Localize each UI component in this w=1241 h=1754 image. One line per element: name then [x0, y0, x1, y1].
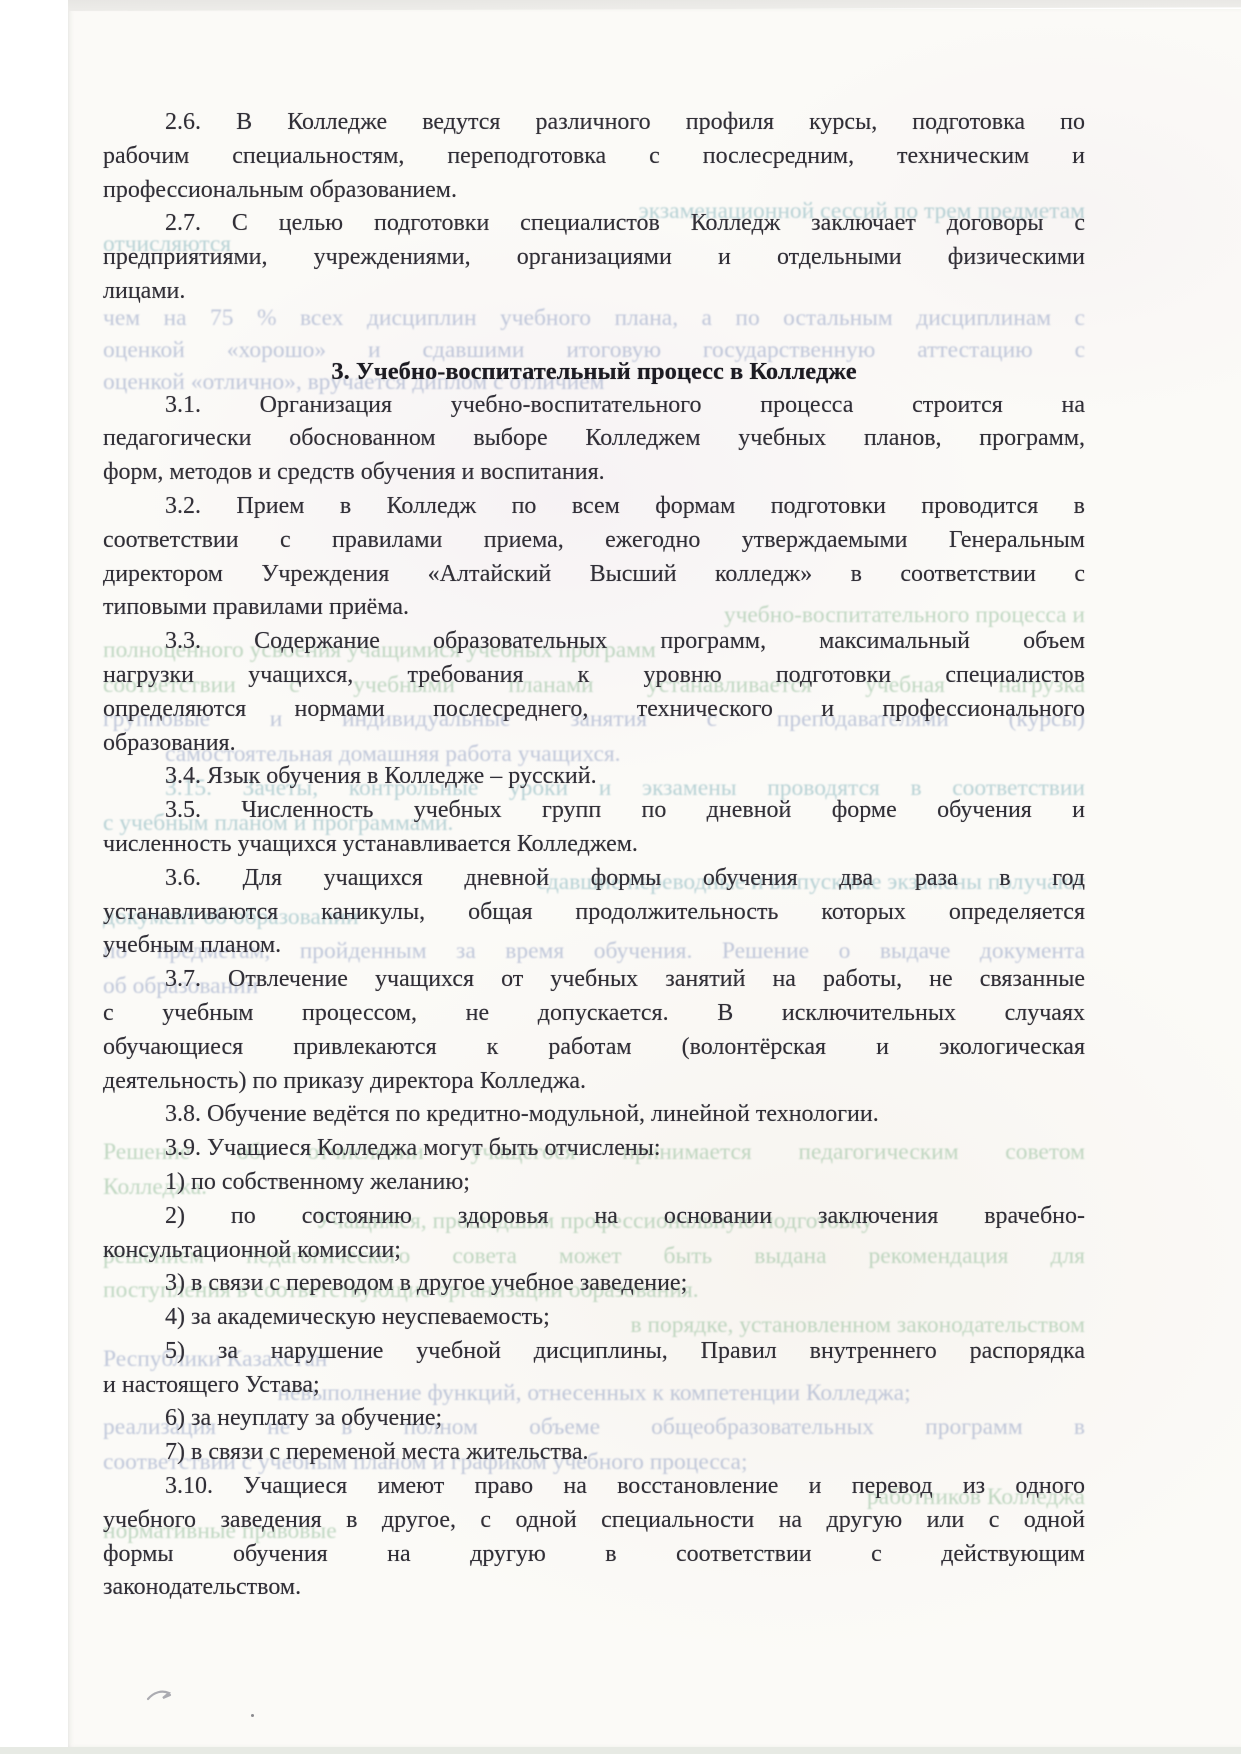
text-line: соответствии с правилами приема, ежегодн…	[103, 524, 1085, 558]
text-line: законодательством.	[103, 1571, 1085, 1605]
document-text-layer: 2.6. В Колледже ведутся различного профи…	[103, 0, 1085, 1605]
text-line: деятельность) по приказу директора Колле…	[103, 1065, 1085, 1099]
ink-dot	[251, 1714, 254, 1717]
text-line: 5) за нарушение учебной дисциплины, Прав…	[103, 1335, 1085, 1369]
text-line: 6) за неуплату за обучение;	[103, 1402, 1085, 1436]
text-line: 7) в связи с переменой места жительства.	[103, 1436, 1085, 1470]
text-line: обучающиеся привлекаются к работам (воло…	[103, 1031, 1085, 1065]
text-line: с учебным процессом, не допускается. В и…	[103, 997, 1085, 1031]
text-line: 3.10. Учащиеся имеют право на восстановл…	[103, 1470, 1085, 1504]
text-line: учебного заведения в другое, с одной спе…	[103, 1504, 1085, 1538]
text-line: форм, методов и средств обучения и воспи…	[103, 456, 1085, 490]
text-line: учебным планом.	[103, 929, 1085, 963]
text-line: формы обучения на другую в соответствии …	[103, 1538, 1085, 1572]
text-line: устанавливаются каникулы, общая продолжи…	[103, 896, 1085, 930]
text-line: 3.3. Содержание образовательных программ…	[103, 625, 1085, 659]
text-line: 2) по состоянию здоровья на основании за…	[103, 1200, 1085, 1234]
text-line: численность учащихся устанавливается Кол…	[103, 828, 1085, 862]
text-line: нагрузки учащихся, требования к уровню п…	[103, 659, 1085, 693]
text-line: определяются нормами послесреднего, техн…	[103, 693, 1085, 727]
text-line: 3.2. Прием в Колледж по всем формам подг…	[103, 490, 1085, 524]
scanned-document: { "page": { "paper_color": "#fbfaf7", "s…	[0, 0, 1241, 1754]
text-line: 3.6. Для учащихся дневной формы обучения…	[103, 862, 1085, 896]
text-line: директором Учреждения «Алтайский Высший …	[103, 558, 1085, 592]
text-line: педагогически обоснованном выборе Коллед…	[103, 422, 1085, 456]
text-line: 2.6. В Колледже ведутся различного профи…	[103, 106, 1085, 140]
text-line: образования.	[103, 727, 1085, 761]
text-line: 1) по собственному желанию;	[103, 1166, 1085, 1200]
text-line: 3.5. Численность учебных групп по дневно…	[103, 794, 1085, 828]
text-line: 4) за академическую неуспеваемость;	[103, 1301, 1085, 1335]
text-line: типовыми правилами приёма.	[103, 591, 1085, 625]
text-line: 3.1. Организация учебно-воспитательного …	[103, 389, 1085, 423]
text-line: и настоящего Устава;	[103, 1369, 1085, 1403]
text-line: консультационной комиссии;	[103, 1234, 1085, 1268]
text-line: 3) в связи с переводом в другое учебное …	[103, 1267, 1085, 1301]
text-line: 3.7. Отвлечение учащихся от учебных заня…	[103, 963, 1085, 997]
text-line: предприятиями, учреждениями, организация…	[103, 241, 1085, 275]
text-line: лицами.	[103, 275, 1085, 309]
text-line: 3.9. Учащиеся Колледжа могут быть отчисл…	[103, 1132, 1085, 1166]
section-heading: 3. Учебно-воспитательный процесс в Колле…	[103, 355, 1085, 389]
text-line: 2.7. С целью подготовки специалистов Кол…	[103, 207, 1085, 241]
pen-squiggle-mark	[146, 1688, 180, 1704]
text-line: 3.4. Язык обучения в Колледже – русский.	[103, 760, 1085, 794]
text-line: 3.8. Обучение ведётся по кредитно-модуль…	[103, 1098, 1085, 1132]
text-line: рабочим специальностям, переподготовка с…	[103, 140, 1085, 174]
text-line: профессиональным образованием.	[103, 174, 1085, 208]
